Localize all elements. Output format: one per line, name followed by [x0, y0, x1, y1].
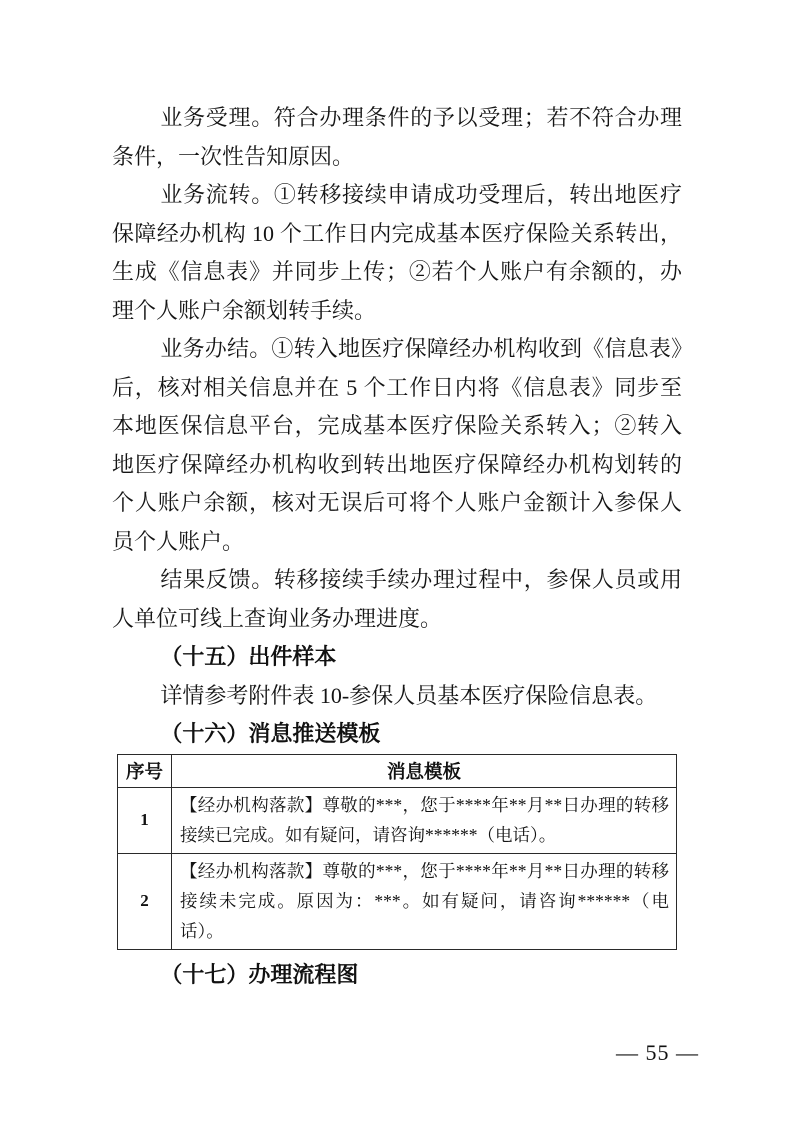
row-1-serial-number: 1	[118, 787, 172, 853]
page-number: — 55 —	[616, 1040, 699, 1066]
paragraph-business-circulation: 业务流转。①转移接续申请成功受理后，转出地医疗保障经办机构 10 个工作日内完成…	[112, 176, 682, 330]
row-1-template-text: 【经办机构落款】尊敬的***，您于****年**月**日办理的转移接续已完成。如…	[172, 787, 677, 853]
document-page: 业务受理。符合办理条件的予以受理；若不符合办理条件，一次性告知原因。 业务流转。…	[0, 0, 793, 1122]
document-body: 业务受理。符合办理条件的予以受理；若不符合办理条件，一次性告知原因。 业务流转。…	[112, 99, 682, 994]
table-row: 1 【经办机构落款】尊敬的***，您于****年**月**日办理的转移接续已完成…	[118, 787, 677, 853]
paragraph-business-completion: 业务办结。①转入地医疗保障经办机构收到《信息表》后，核对相关信息并在 5 个工作…	[112, 330, 682, 561]
paragraph-business-acceptance: 业务受理。符合办理条件的予以受理；若不符合办理条件，一次性告知原因。	[112, 99, 682, 176]
message-template-table: 序号 消息模板 1 【经办机构落款】尊敬的***，您于****年**月**日办理…	[117, 754, 677, 950]
row-2-serial-number: 2	[118, 853, 172, 949]
table-row: 2 【经办机构落款】尊敬的***，您于****年**月**日办理的转移接续未完成…	[118, 853, 677, 949]
paragraph-attachment-reference: 详情参考附件表 10-参保人员基本医疗保险信息表。	[112, 677, 682, 716]
heading-section-17-process-flowchart: （十七）办理流程图	[112, 956, 682, 995]
heading-section-16-message-templates: （十六）消息推送模板	[112, 715, 682, 754]
table-header-serial-number: 序号	[118, 754, 172, 787]
table-header-message-template: 消息模板	[172, 754, 677, 787]
table-header-row: 序号 消息模板	[118, 754, 677, 787]
heading-section-15-output-sample: （十五）出件样本	[112, 638, 682, 677]
paragraph-result-feedback: 结果反馈。转移接续手续办理过程中，参保人员或用人单位可线上查询业务办理进度。	[112, 561, 682, 638]
row-2-template-text: 【经办机构落款】尊敬的***，您于****年**月**日办理的转移接续未完成。原…	[172, 853, 677, 949]
